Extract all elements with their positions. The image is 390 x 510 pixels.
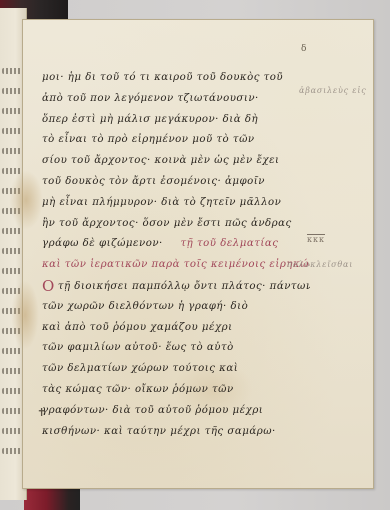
text-line: τῶν φαμιλίων αὐτοῦ· ἕως τὸ αὐτὸ [42, 338, 310, 359]
marginal-mark: κκκ [307, 235, 325, 244]
main-text-block: μοι· ἡμ δι τοῦ τό τι καιροῦ τοῦ δουκὸς τ… [42, 68, 310, 442]
rubric-line: καὶ τῶν ἱερατικῶν παρὰ τοῖς κειμένοις εἰ… [42, 255, 310, 276]
cross-icon: ✝ [37, 406, 46, 419]
text-line: Οτῇ διοικήσει παμπόλλῳ ὄντι πλάτος· πάντ… [42, 276, 310, 297]
text-line: τὰς κώμας τῶν· οἴκων ῥόμων τῶν [42, 380, 310, 401]
text-line: καὶ ἀπὸ τοῦ ῥόμου χαμάζου μέχρι [42, 318, 310, 339]
stain [11, 280, 39, 350]
text-line: κισθήνων· καὶ ταύτην μέχρι τῆς σαμάρω· [42, 422, 310, 443]
facing-page-text-fragment [2, 428, 22, 434]
folio-number: δ [301, 44, 306, 54]
text-line: τοῦ δουκὸς τὸν ἄρτι ἐσομένοις· ἀμφοῖν [42, 172, 310, 193]
text-line: τὸ εἶναι τὸ πρὸ εἰρημένον μοῦ τὸ τῶν [42, 130, 310, 151]
facing-page-text-fragment [2, 348, 22, 354]
text-line: ἀπὸ τοῦ πον λεγόμενον τζιωτάνουσιν· [42, 89, 310, 110]
binding-bottom [24, 486, 80, 510]
marginal-note-upper: ἀβασιλεὺς εἰς [299, 86, 367, 95]
text-line: τῶν δελματίων χώρων τούτοις καὶ [42, 359, 310, 380]
text-line: μοι· ἡμ δι τοῦ τό τι καιροῦ τοῦ δουκὸς τ… [42, 68, 310, 89]
facing-page-text-fragment [2, 388, 22, 394]
facing-page-text-fragment [2, 148, 22, 154]
facing-page-text-fragment [2, 448, 22, 454]
facing-page-text-fragment [2, 268, 22, 274]
manuscript-folio: δ μοι· ἡμ δι τοῦ τό τι καιροῦ τοῦ δουκὸς… [22, 19, 374, 489]
text-line: γραφόντων· διὰ τοῦ αὐτοῦ ῥόμου μέχρι [42, 401, 310, 422]
text-line: τῶν χωρῶν διελθόντων ἡ γραφή· διὸ [42, 297, 310, 318]
stain [9, 170, 43, 230]
facing-page-text-fragment [2, 368, 22, 374]
text-segment: τῇ διοικήσει παμπόλλῳ ὄντι πλάτος· πάντω… [58, 281, 310, 292]
red-initial: Ο [42, 276, 55, 297]
text-line: ὅπερ ἐστὶ μὴ μάλισ μεγάκυρον· διὰ δὴ [42, 110, 310, 131]
marginal-note-lower: πολυκλεῖσθαι [287, 260, 353, 269]
text-segment: γράφω δὲ φιζώμενον· [42, 238, 163, 249]
facing-page-text-fragment [2, 408, 22, 414]
text-line: ἢν τοῦ ἄρχοντος· ὅσον μὲν ἔστι πῶς ἀνδρα… [42, 214, 310, 235]
facing-page-text-fragment [2, 228, 22, 234]
facing-page-text-fragment [2, 68, 22, 74]
text-line: σίου τοῦ ἄρχοντος· κοινὰ μὲν ὡς μὲν ἔχει [42, 151, 310, 172]
text-line: μὴ εἶναι πλήμμυρον· διὰ τὸ ζητεῖν μᾶλλον [42, 193, 310, 214]
text-line: γράφω δὲ φιζώμενον· τῇ τοῦ δελματίας [42, 234, 310, 255]
rubric-segment: τῇ τοῦ δελματίας [181, 238, 279, 249]
